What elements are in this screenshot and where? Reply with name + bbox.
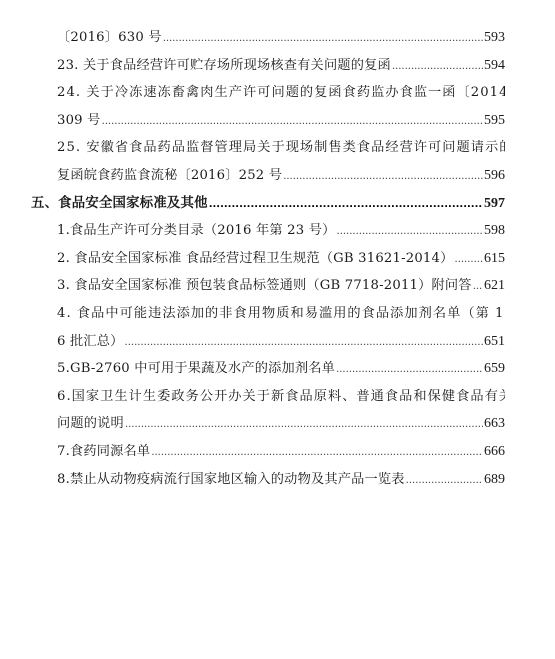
toc-entry-title: 25. 安徽省食品药品监督管理局关于现场制售类食品经营许可问题请示的: [57, 137, 505, 159]
toc-entry-title: 复函皖食药监食流秘〔2016〕252 号: [57, 165, 282, 187]
toc-entry-title: 24. 关于冷冻速冻畜禽肉生产许可问题的复函食药监办食监一函〔2014〕: [57, 82, 505, 104]
dot-leader: [337, 221, 483, 242]
toc-entry[interactable]: 4. 食品中可能违法添加的非食用物质和易滥用的食品添加剂名单（第 1—: [57, 303, 505, 325]
toc-entry[interactable]: 5.GB-2760 中可用于果蔬及水产的添加剂名单 659: [57, 358, 505, 380]
dot-leader: [102, 111, 483, 132]
toc-page-number: 595: [484, 110, 505, 132]
dot-leader: [125, 332, 483, 353]
toc-entry-continuation[interactable]: 复函皖食药监食流秘〔2016〕252 号 596: [57, 165, 505, 187]
toc-section-heading[interactable]: 五、食品安全国家标准及其他 597: [31, 193, 505, 215]
toc-page-number: 659: [484, 358, 505, 380]
toc-entry-title: 6 批汇总）: [57, 331, 124, 353]
toc-entry-title: 6.国家卫生计生委政务公开办关于新食品原料、普通食品和保健食品有关: [57, 386, 505, 408]
toc-entry-title: 8.禁止从动物疫病流行国家地区输入的动物及其产品一览表: [57, 469, 405, 491]
toc-entry[interactable]: 3. 食品安全国家标准 预包装食品标签通则（GB 7718-2011）附问答 6…: [57, 275, 505, 297]
toc-entry[interactable]: 6.国家卫生计生委政务公开办关于新食品原料、普通食品和保健食品有关: [57, 386, 505, 408]
dot-leader: [125, 414, 483, 435]
dot-leader: [336, 359, 483, 380]
dot-leader: [283, 166, 483, 187]
toc-entry-title: 3. 食品安全国家标准 预包装食品标签通则（GB 7718-2011）附问答: [57, 275, 472, 297]
toc-entry-title: 309 号: [57, 110, 101, 132]
toc-entry-title: 7.食药同源名单: [57, 441, 150, 463]
toc-entry[interactable]: 23. 关于食品经营许可贮存场所现场核查有关问题的复函 594: [57, 55, 505, 77]
toc-page-number: 615: [484, 248, 505, 270]
toc-page-number: 663: [484, 413, 505, 435]
toc-entry-title: 4. 食品中可能违法添加的非食用物质和易滥用的食品添加剂名单（第 1—: [57, 303, 505, 325]
toc-entry-title: 23. 关于食品经营许可贮存场所现场核查有关问题的复函: [57, 55, 391, 77]
toc-page-number: 593: [484, 27, 505, 49]
toc-entry[interactable]: 25. 安徽省食品药品监督管理局关于现场制售类食品经营许可问题请示的: [57, 137, 505, 159]
section-heading-title: 五、食品安全国家标准及其他: [31, 193, 208, 215]
toc-entry[interactable]: 24. 关于冷冻速冻畜禽肉生产许可问题的复函食药监办食监一函〔2014〕: [57, 82, 505, 104]
toc-entry-title: 1.食品生产许可分类目录（2016 年第 23 号）: [57, 220, 336, 242]
toc-page-number: 651: [484, 331, 505, 353]
toc-page-number: 621: [484, 275, 505, 297]
toc-entry-title: 〔2016〕630 号: [57, 27, 162, 49]
toc-page-number: 689: [484, 469, 505, 491]
toc-entry[interactable]: 7.食药同源名单 666: [57, 441, 505, 463]
toc-entry[interactable]: 2. 食品安全国家标准 食品经营过程卫生规范（GB 31621-2014） 61…: [57, 248, 505, 270]
toc-page-number: 598: [484, 220, 505, 242]
toc-entry-title: 2. 食品安全国家标准 食品经营过程卫生规范（GB 31621-2014）: [57, 248, 454, 270]
dot-leader: [392, 56, 483, 77]
toc-page-number: 597: [484, 193, 505, 215]
toc-entry-title: 问题的说明: [57, 413, 124, 435]
toc-entry-continuation[interactable]: 309 号 595: [57, 110, 505, 132]
dot-leader: [151, 442, 483, 463]
dot-leader: [163, 28, 483, 49]
toc-entry[interactable]: 1.食品生产许可分类目录（2016 年第 23 号） 598: [57, 220, 505, 242]
dot-leader: [209, 194, 483, 215]
dot-leader: [455, 249, 483, 270]
toc-entry[interactable]: 〔2016〕630 号 593: [57, 27, 505, 49]
toc-entry-continuation[interactable]: 6 批汇总） 651: [57, 331, 505, 353]
dot-leader: [473, 276, 483, 297]
toc-entry[interactable]: 8.禁止从动物疫病流行国家地区输入的动物及其产品一览表 689: [57, 469, 505, 491]
toc-page-number: 666: [484, 441, 505, 463]
toc-entry-title: 5.GB-2760 中可用于果蔬及水产的添加剂名单: [57, 358, 335, 380]
dot-leader: [406, 470, 483, 491]
toc-entry-continuation[interactable]: 问题的说明 663: [57, 413, 505, 435]
toc-page-number: 596: [484, 165, 505, 187]
toc-page-number: 594: [484, 55, 505, 77]
